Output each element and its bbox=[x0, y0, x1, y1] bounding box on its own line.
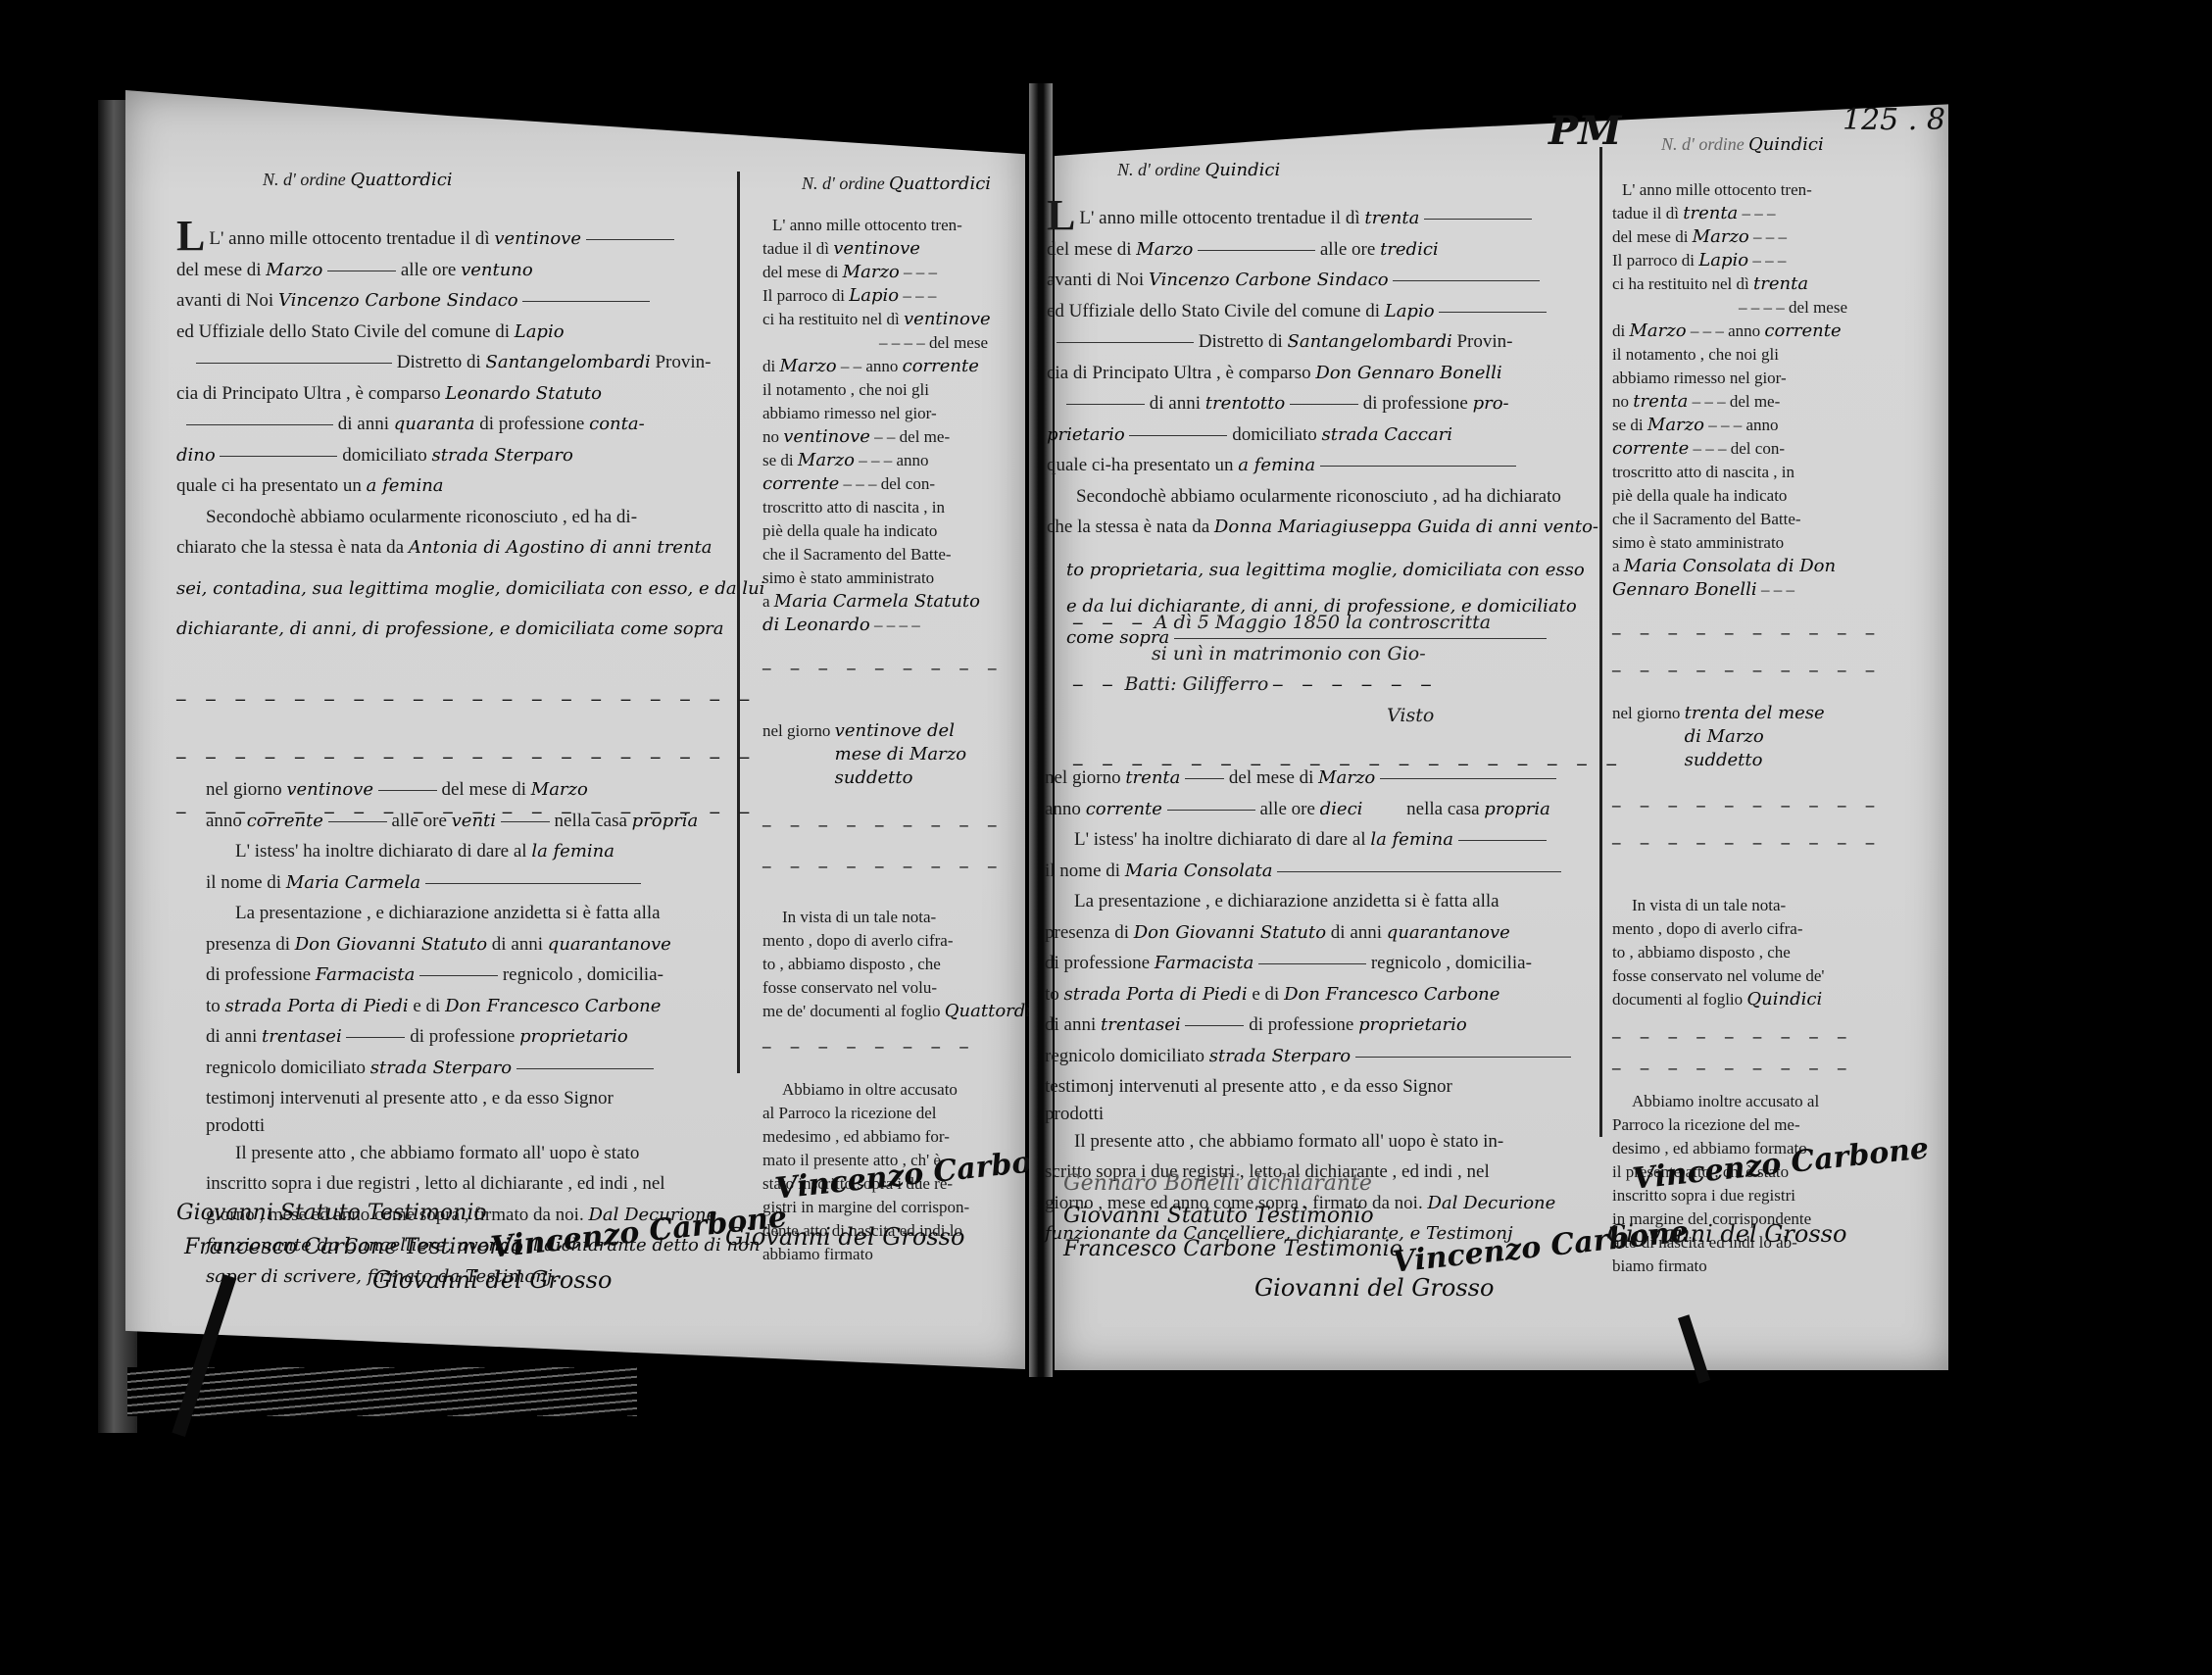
handwritten-text: ventinove bbox=[833, 238, 920, 259]
printed-text: L' anno mille ottocento tren- bbox=[1622, 180, 1812, 199]
left-side-ordine: N. d' ordine Quattordici bbox=[802, 172, 991, 196]
printed-text: cia di Principato Ultra , è comparso bbox=[1047, 363, 1311, 383]
right-side-ordine: N. d' ordine Quindici bbox=[1661, 132, 1824, 157]
printed-text: quale ci-ha presentato un bbox=[1047, 455, 1233, 475]
right-annotation: – – – A dì 5 Maggio 1850 la controscritt… bbox=[1073, 608, 1583, 780]
signature-clerk-side: Giovanni del Grosso bbox=[1607, 1220, 1846, 1248]
printed-text: quale ci ha presentato un bbox=[176, 475, 362, 496]
printed-text: se di bbox=[762, 451, 794, 469]
annotation-initials: Visto bbox=[1387, 705, 1434, 726]
printed-text: nella casa bbox=[1406, 799, 1479, 819]
printed-text: fosse conservato nel volume de' bbox=[1612, 964, 1857, 988]
handwritten-witness1: Don Giovanni Statuto bbox=[1134, 922, 1326, 943]
printed-text: domiciliato bbox=[1232, 424, 1317, 445]
handwritten-month: Marzo bbox=[1136, 239, 1193, 260]
printed-text: del con- bbox=[881, 474, 935, 493]
printed-text: il notamento , che noi gli bbox=[762, 380, 929, 399]
printed-text: Abbiamo in oltre accusato bbox=[762, 1078, 998, 1102]
printed-text: piè della quale ha indicato bbox=[762, 521, 937, 540]
printed-text: no bbox=[762, 427, 779, 446]
printed-text: al Parroco la ricezione del bbox=[762, 1102, 998, 1125]
printed-text: Distretto di bbox=[1199, 331, 1283, 352]
printed-text: del mese bbox=[929, 333, 988, 352]
handwritten-text: Marzo bbox=[843, 262, 900, 282]
printed-text: chiarato che la stessa è nata da bbox=[176, 537, 404, 558]
signature-declarant: Gennaro Bonelli dichiarante bbox=[1063, 1171, 1372, 1196]
printed-text: avanti di Noi bbox=[176, 290, 273, 311]
handwritten-birth-year: corrente bbox=[247, 811, 323, 831]
printed-text: La presentazione , e dichiarazione anzid… bbox=[1074, 891, 1499, 911]
handwritten-text: Lapio bbox=[849, 285, 899, 306]
printed-text: di bbox=[1612, 321, 1625, 340]
handwritten-text: Marzo bbox=[1693, 226, 1749, 247]
printed-text: to , abbiamo disposto , che bbox=[762, 953, 998, 976]
handwritten-sex: a femina bbox=[1238, 455, 1315, 475]
handwritten-district: Santangelombardi bbox=[1288, 331, 1452, 352]
printed-text: del mese di bbox=[176, 260, 262, 280]
handwritten-witness1-profession: Farmacista bbox=[1155, 953, 1253, 973]
handwritten-birth-day: ventinove bbox=[286, 779, 373, 800]
printed-text: regnicolo , domicilia- bbox=[1371, 953, 1532, 973]
printed-text: che il Sacramento del Batte- bbox=[1612, 510, 1801, 528]
printed-text: nella casa bbox=[555, 811, 627, 831]
handwritten-text: corrente bbox=[1612, 438, 1689, 459]
handwritten-witness1-residence: strada Porta di Piedi bbox=[225, 996, 409, 1016]
ordine-value: Quindici bbox=[1204, 160, 1280, 180]
folio-suffix: 8 bbox=[1927, 103, 1945, 137]
printed-text: cia di Principato Ultra , è comparso bbox=[176, 383, 441, 404]
folio-value: 125 bbox=[1843, 103, 1898, 137]
handwritten-witness2-profession: proprietario bbox=[519, 1026, 628, 1047]
printed-text: L' istess' ha inoltre dichiarato di dare… bbox=[235, 841, 527, 862]
printed-text: L' istess' ha inoltre dichiarato di dare… bbox=[1074, 829, 1366, 850]
printed-text: tadue il dì bbox=[1612, 204, 1679, 222]
handwritten-district: Santangelombardi bbox=[486, 352, 651, 372]
printed-text: L' anno mille ottocento trentadue il dì bbox=[209, 228, 489, 249]
printed-text: del mese di bbox=[1612, 227, 1688, 246]
printed-text: del mese di bbox=[762, 263, 838, 281]
vista-paragraph: In vista di un tale nota- mento , dopo d… bbox=[762, 906, 998, 1023]
handwritten-witness2-residence: strada Sterparo bbox=[1209, 1046, 1351, 1066]
printed-text: se di bbox=[1612, 416, 1644, 434]
handwritten-comune: Lapio bbox=[1385, 301, 1435, 321]
signature-witness2: Francesco Carbone Testimonio bbox=[1063, 1237, 1402, 1261]
handwritten-hour: tredici bbox=[1380, 239, 1439, 260]
handwritten-profession: conta- bbox=[589, 414, 645, 434]
handwritten-witness1-age: quarantanove bbox=[1387, 922, 1510, 943]
handwritten-text: Marzo bbox=[779, 356, 836, 376]
printed-text: troscritto atto di nascita , in bbox=[1612, 463, 1794, 481]
handwritten-witness1: Don Giovanni Statuto bbox=[295, 934, 487, 955]
printed-text: del mese di bbox=[1047, 239, 1132, 260]
printed-text: Il presente atto , che abbiamo formato a… bbox=[1074, 1131, 1503, 1152]
printed-text: biamo firmato bbox=[1612, 1255, 1857, 1278]
handwritten-month: Marzo bbox=[266, 260, 322, 280]
annotation-text: Batti: Gilifferro bbox=[1125, 673, 1269, 695]
handwritten-birth-day: trenta bbox=[1125, 767, 1180, 788]
signature-witness2: Francesco Carbone Testimonio bbox=[184, 1235, 523, 1259]
handwritten-witness2-age: trentasei bbox=[262, 1026, 342, 1047]
printed-text: Secondochè abbiamo ocularmente riconosci… bbox=[1076, 486, 1561, 507]
handwritten-text: trenta bbox=[1683, 203, 1738, 223]
printed-text: che il Sacramento del Batte- bbox=[762, 545, 952, 564]
printed-text: nel giorno bbox=[762, 721, 830, 740]
printed-text: L' anno mille ottocento tren- bbox=[772, 216, 962, 234]
handwritten-child-name: Maria Carmela bbox=[286, 872, 420, 893]
handwritten-closing: Dal Decurione bbox=[1427, 1193, 1555, 1213]
handwritten-text: ventinove bbox=[783, 426, 870, 447]
printed-text: mento , dopo di averlo cifra- bbox=[1612, 917, 1857, 941]
annotation-text: si unì in matrimonio con Gio- bbox=[1152, 643, 1426, 665]
handwritten-text: corrente bbox=[1764, 320, 1841, 341]
printed-text: Parroco la ricezione del me- bbox=[1612, 1113, 1857, 1137]
handwritten-birth-year: corrente bbox=[1086, 799, 1162, 819]
handwritten-mother-detail: sei, contadina, sua legittima moglie, do… bbox=[176, 578, 764, 599]
left-main-ordine: N. d' ordine Quattordici bbox=[263, 165, 453, 196]
printed-text: domiciliato bbox=[342, 445, 427, 466]
annotation-text: A dì 5 Maggio 1850 la controscritta bbox=[1155, 612, 1491, 633]
handwritten-profession-cont: dino bbox=[176, 445, 216, 466]
handwritten-witness1-age: quarantanove bbox=[548, 934, 671, 955]
printed-text: del mese di bbox=[1229, 767, 1314, 788]
printed-text: In vista di un tale nota- bbox=[762, 906, 998, 929]
printed-text: inscritto sopra i due registri , letto a… bbox=[206, 1173, 665, 1194]
handwritten-hour: ventuno bbox=[461, 260, 533, 280]
printed-text: del me- bbox=[900, 427, 950, 446]
ordine-label: N. d' ordine bbox=[1661, 134, 1745, 154]
printed-text: La presentazione , e dichiarazione anzid… bbox=[235, 903, 661, 923]
printed-text: nel giorno bbox=[1612, 704, 1680, 722]
handwritten-text: trenta bbox=[1753, 273, 1808, 294]
folio-number: 125 . 8 bbox=[1843, 103, 1945, 137]
handwritten-mother: Antonia di Agostino di anni trenta bbox=[409, 537, 713, 558]
printed-text: presenza di bbox=[1045, 922, 1129, 943]
printed-text: di anni bbox=[492, 934, 543, 955]
printed-text: e di bbox=[413, 996, 440, 1016]
ordine-value: Quindici bbox=[1748, 134, 1824, 155]
handwritten-text: Gennaro Bonelli bbox=[1612, 579, 1757, 600]
printed-text: di bbox=[762, 357, 775, 375]
printed-text: Il presente atto , che abbiamo formato a… bbox=[235, 1143, 639, 1163]
printed-text: di professione bbox=[206, 964, 311, 985]
printed-text: documenti al foglio bbox=[1612, 990, 1743, 1009]
handwritten-birth-month: Marzo bbox=[531, 779, 588, 800]
handwritten-birth-month: Marzo bbox=[1318, 767, 1375, 788]
printed-text: di anni bbox=[1150, 393, 1201, 414]
printed-text: alle ore bbox=[1320, 239, 1375, 260]
signature-witness1: Giovanni Statuto Testimonio bbox=[1063, 1204, 1374, 1228]
printed-text: del mese bbox=[1789, 298, 1847, 317]
handwritten-comune: Lapio bbox=[515, 321, 565, 342]
printed-text: to bbox=[1045, 984, 1059, 1005]
printed-text: il notamento , che noi gli bbox=[1612, 345, 1779, 364]
handwritten-declarant: Don Gennaro Bonelli bbox=[1315, 363, 1501, 383]
printed-text: to bbox=[206, 996, 221, 1016]
handwritten-birth-place: propria bbox=[1484, 799, 1550, 819]
printed-text: anno bbox=[1045, 799, 1081, 819]
printed-text: abbiamo rimesso nel gior- bbox=[1612, 369, 1787, 387]
printed-text: Provin- bbox=[1456, 331, 1512, 352]
printed-text: abbiamo rimesso nel gior- bbox=[762, 404, 937, 422]
handwritten-day: ventinove bbox=[494, 228, 581, 249]
printed-text: L' anno mille ottocento trentadue il dì bbox=[1079, 208, 1359, 228]
printed-text: il nome di bbox=[1045, 861, 1120, 881]
printed-text: me de' documenti al foglio bbox=[762, 1002, 941, 1020]
printed-text: prodotti bbox=[206, 1115, 265, 1136]
printed-text: di professione bbox=[410, 1026, 515, 1047]
handwritten-text: ventinove del mese di Marzo suddetto bbox=[835, 719, 972, 790]
printed-text: Il parroco di bbox=[1612, 251, 1695, 270]
handwritten-text: trenta bbox=[1633, 391, 1688, 412]
printed-text: del me- bbox=[1730, 392, 1780, 411]
handwritten-text: Lapio bbox=[1698, 250, 1748, 271]
right-main-ordine: N. d' ordine Quindici bbox=[1117, 155, 1280, 186]
printed-text: testimonj intervenuti al presente atto ,… bbox=[206, 1088, 614, 1108]
handwritten-witness2: Don Francesco Carbone bbox=[445, 996, 661, 1016]
printed-text: mento , dopo di averlo cifra- bbox=[762, 929, 998, 953]
handwritten-text: Maria Consolata di Don bbox=[1624, 556, 1836, 576]
handwritten-birth-hour: dieci bbox=[1320, 799, 1363, 819]
handwritten-officer: Vincenzo Carbone Sindaco bbox=[1149, 270, 1389, 290]
printed-text: alle ore bbox=[1259, 799, 1314, 819]
printed-text: anno bbox=[206, 811, 242, 831]
handwritten-sex: a femina bbox=[367, 475, 444, 496]
signature-clerk: Giovanni del Grosso bbox=[1254, 1274, 1494, 1302]
handwritten-foglio: Quindici bbox=[1746, 989, 1822, 1010]
printed-text: di professione bbox=[1363, 393, 1468, 414]
ordine-value: Quattordici bbox=[350, 170, 452, 190]
printed-text: di professione bbox=[1045, 953, 1150, 973]
handwritten-text: Marzo bbox=[1647, 415, 1704, 435]
handwritten-text: Marzo bbox=[798, 450, 855, 470]
printed-text: tadue il dì bbox=[762, 239, 829, 258]
printed-text: di anni bbox=[338, 414, 389, 434]
handwritten-witness1-profession: Farmacista bbox=[316, 964, 415, 985]
printed-text: alle ore bbox=[391, 811, 446, 831]
handwritten-sex: la femina bbox=[1370, 829, 1453, 850]
printed-text: Secondochè abbiamo ocularmente riconosci… bbox=[206, 507, 637, 527]
printed-text: anno bbox=[896, 451, 928, 469]
printed-text: simo è stato amministrato bbox=[762, 568, 934, 587]
printed-text: troscritto atto di nascita , in bbox=[762, 498, 945, 517]
left-main-header-block: LL' anno mille ottocento trentadue il dì… bbox=[176, 222, 735, 827]
handwritten-residence: strada Sterparo bbox=[432, 445, 573, 466]
open-register-book: N. d' ordine Quattordici LL' anno mille … bbox=[0, 0, 2212, 1675]
handwritten-text: trenta del mese di Marzo suddetto bbox=[1685, 702, 1832, 772]
ordine-label: N. d' ordine bbox=[263, 170, 346, 189]
printed-text: testimonj intervenuti al presente atto ,… bbox=[1045, 1076, 1452, 1097]
printed-text: del mese di bbox=[441, 779, 526, 800]
handwritten-mother: Donna Mariagiuseppa Guida di anni vento- bbox=[1214, 517, 1598, 537]
printed-text: to , abbiamo disposto , che bbox=[1612, 941, 1857, 964]
left-column-divider bbox=[737, 172, 740, 1073]
printed-text: Il parroco di bbox=[762, 286, 845, 305]
printed-text: ci ha restituito nel dì bbox=[762, 310, 900, 328]
handwritten-text: Marzo bbox=[1629, 320, 1686, 341]
printed-text: di anni bbox=[1045, 1014, 1096, 1035]
printed-text: regnicolo , domicilia- bbox=[503, 964, 664, 985]
handwritten-declarant: Leonardo Statuto bbox=[445, 383, 602, 404]
printed-text: a bbox=[1612, 557, 1620, 575]
handwritten-text: Maria Carmela Statuto bbox=[774, 591, 980, 612]
printed-text: ed Uffiziale dello Stato Civile del comu… bbox=[176, 321, 510, 342]
right-side-column: L' anno mille ottocento tren- tadue il d… bbox=[1612, 178, 1857, 1278]
handwritten-birth-hour: venti bbox=[452, 811, 496, 831]
signature-clerk: Giovanni del Grosso bbox=[372, 1266, 612, 1294]
handwritten-text: corrente bbox=[903, 356, 979, 376]
handwritten-sex: la femina bbox=[531, 841, 614, 862]
printed-text: Provin- bbox=[655, 352, 711, 372]
signature-witness1: Giovanni Statuto Testimonio bbox=[176, 1201, 487, 1225]
signature-clerk-side: Giovanni del Grosso bbox=[725, 1223, 964, 1251]
printed-text: ed Uffiziale dello Stato Civile del comu… bbox=[1047, 301, 1380, 321]
printed-text: ci ha restituito nel dì bbox=[1612, 274, 1749, 293]
printed-text: medesimo , ed abbiamo for- bbox=[762, 1125, 998, 1149]
marginal-mark: PM bbox=[1548, 108, 1621, 154]
printed-text: no bbox=[1612, 392, 1629, 411]
handwritten-witness2: Don Francesco Carbone bbox=[1284, 984, 1499, 1005]
handwritten-witness2-residence: strada Sterparo bbox=[370, 1058, 512, 1078]
handwritten-residence: strada Caccari bbox=[1322, 424, 1453, 445]
printed-text: fosse conservato nel volu- bbox=[762, 976, 998, 1000]
right-column-divider bbox=[1599, 147, 1602, 1137]
ordine-label: N. d' ordine bbox=[1117, 160, 1201, 179]
printed-text: e di bbox=[1252, 984, 1279, 1005]
handwritten-text: ventinove bbox=[904, 309, 991, 329]
handwritten-day: trenta bbox=[1364, 208, 1419, 228]
printed-text: di anni bbox=[1331, 922, 1382, 943]
handwritten-mother-detail: to proprietaria, sua legittima moglie, d… bbox=[1066, 560, 1585, 580]
printed-text: nel giorno bbox=[1045, 767, 1121, 788]
printed-text: il nome di bbox=[206, 872, 281, 893]
printed-text: avanti di Noi bbox=[1047, 270, 1144, 290]
printed-text: anno bbox=[1745, 416, 1778, 434]
handwritten-birth-place: propria bbox=[632, 811, 699, 831]
handwritten-profession: pro- bbox=[1473, 393, 1509, 414]
printed-text: Abbiamo inoltre accusato al bbox=[1612, 1090, 1857, 1113]
handwritten-age: trentotto bbox=[1205, 393, 1285, 414]
printed-text: Distretto di bbox=[397, 352, 481, 372]
printed-text: del con- bbox=[1731, 439, 1785, 458]
printed-text: anno bbox=[1728, 321, 1760, 340]
handwritten-text: di Leonardo bbox=[762, 615, 870, 635]
handwritten-witness2-profession: proprietario bbox=[1358, 1014, 1467, 1035]
handwritten-witness2-age: trentasei bbox=[1101, 1014, 1181, 1035]
printed-text: nel giorno bbox=[206, 779, 282, 800]
ordine-label: N. d' ordine bbox=[802, 173, 885, 193]
printed-text: piè della quale ha indicato bbox=[1612, 486, 1787, 505]
ordine-value: Quattordici bbox=[889, 173, 991, 194]
handwritten-mother-detail: dichiarante, di anni, di professione, e … bbox=[176, 618, 723, 639]
handwritten-officer: Vincenzo Carbone Sindaco bbox=[278, 290, 518, 311]
printed-text: di professione bbox=[1249, 1014, 1353, 1035]
handwritten-age: quaranta bbox=[394, 414, 475, 434]
printed-text: anno bbox=[865, 357, 898, 375]
printed-text: che la stessa è nata da bbox=[1047, 517, 1209, 537]
printed-text: di anni bbox=[206, 1026, 257, 1047]
printed-text: a bbox=[762, 592, 770, 611]
printed-text: prodotti bbox=[1045, 1104, 1104, 1124]
printed-text: di professione bbox=[479, 414, 584, 434]
right-main-header-block: LL' anno mille ottocento trentadue il dì… bbox=[1047, 201, 1596, 653]
handwritten-witness1-residence: strada Porta di Piedi bbox=[1064, 984, 1248, 1005]
printed-text: alle ore bbox=[401, 260, 456, 280]
handwritten-text: corrente bbox=[762, 473, 839, 494]
handwritten-child-name: Maria Consolata bbox=[1125, 861, 1273, 881]
printed-text: simo è stato amministrato bbox=[1612, 533, 1784, 552]
handwritten-profession-cont: prietario bbox=[1047, 424, 1125, 445]
printed-text: In vista di un tale nota- bbox=[1612, 894, 1857, 917]
printed-text: presenza di bbox=[206, 934, 290, 955]
printed-text: regnicolo domiciliato bbox=[1045, 1046, 1204, 1066]
left-side-column: L' anno mille ottocento tren- tadue il d… bbox=[762, 214, 998, 1266]
vista-paragraph: In vista di un tale nota- mento , dopo d… bbox=[1612, 894, 1857, 1011]
printed-text: regnicolo domiciliato bbox=[206, 1058, 366, 1078]
